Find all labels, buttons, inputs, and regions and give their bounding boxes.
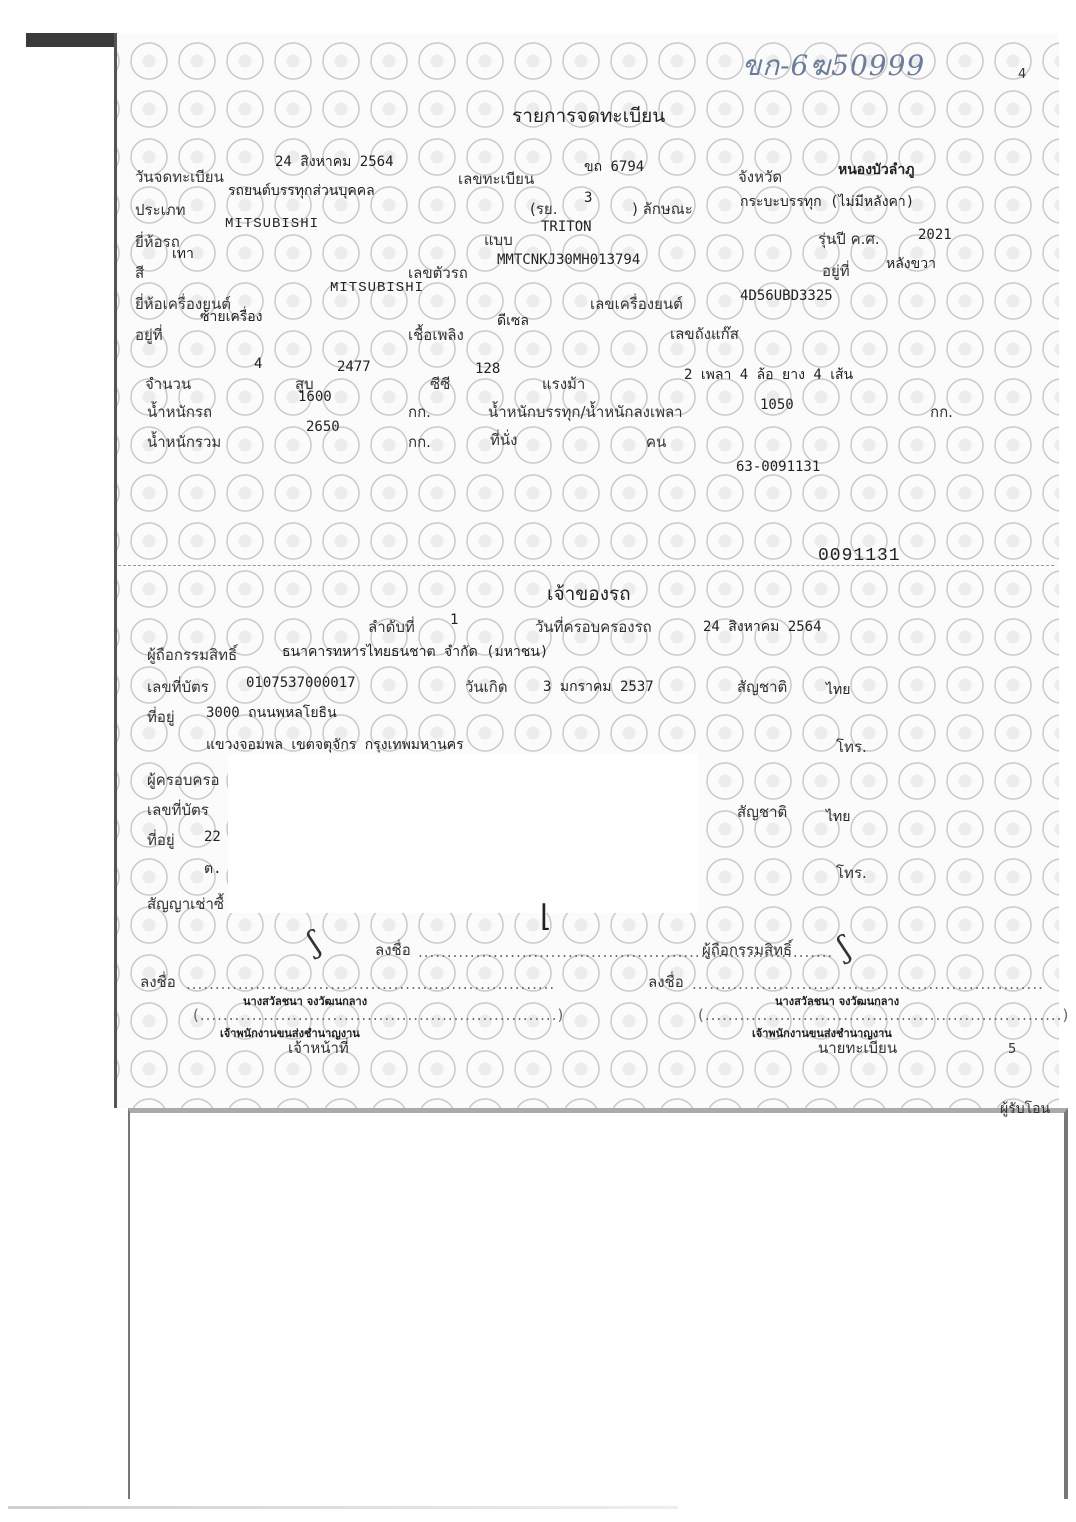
gross-weight: 2650 — [306, 420, 340, 434]
seats-unit: คน — [646, 435, 666, 450]
birth-date: 3 มกราคม 2537 — [543, 680, 654, 694]
type-code: 3 — [584, 191, 592, 205]
officer-sign-line-left: ........................................… — [186, 977, 555, 992]
officer-sign-label-right: ลงชื่อ — [648, 975, 684, 990]
horsepower-label: แรงม้า — [542, 377, 585, 392]
address-line1: 3000 ถนนพหลโยธิน — [206, 706, 337, 720]
possession-date: 24 สิงหาคม 2564 — [703, 620, 822, 634]
owner-name: ธนาคารทหารไทยธนชาต จำกัด (มหาชน) — [282, 645, 548, 659]
phone-label: โทร. — [836, 740, 867, 755]
sequence: 1 — [450, 613, 458, 627]
section-divider — [118, 565, 1054, 566]
scan-bottom-edge — [8, 1506, 678, 1509]
possessor-phone-label: โทร. — [836, 866, 867, 881]
seats-label: ที่นั่ง — [490, 433, 517, 448]
serial-number: 0091131 — [818, 547, 901, 565]
engine-location: ซ้ายเครื่อง — [200, 310, 262, 324]
nationality-label: สัญชาติ — [737, 680, 787, 695]
registration-title: รายการจดทะเบียน — [512, 107, 665, 126]
owner-sign-label: ลงชื่อ — [375, 943, 411, 958]
birth-label: วันเกิด — [465, 680, 508, 695]
nationality: ไทย — [826, 683, 850, 697]
chassis-location: หลังขวา — [886, 257, 936, 271]
fuel: ดีเซล — [497, 314, 529, 328]
owner-signature-mark: ⌊ — [540, 902, 552, 932]
cc-label: ซีซี — [430, 377, 450, 392]
possessor-label: ผู้ครอบครอ — [147, 773, 220, 788]
chassis-label: เลขตัวรถ — [408, 266, 468, 281]
possessor-nationality: ไทย — [826, 810, 850, 824]
gross-weight-label: น้ำหนักรวม — [147, 435, 221, 450]
cylinders: 4 — [254, 357, 262, 371]
engine-location-label: อยู่ที่ — [135, 328, 163, 343]
type-code-close: ) ลักษณะ — [632, 202, 693, 217]
engine-number-label: เลขเครื่องยนต์ — [590, 297, 683, 312]
officer-role-right: นายทะเบียน — [818, 1041, 897, 1056]
color-label: สี — [135, 266, 144, 281]
owner-title: เจ้าของรถ — [547, 585, 631, 604]
scan-corner-mark — [26, 33, 116, 47]
possessor-address-partial: 22 — [204, 830, 221, 844]
plate-number: ขถ 6794 — [584, 160, 644, 174]
model-label: แบบ — [484, 233, 513, 248]
address-line2: แขวงจอมพล เขตจตุจักร กรุงเทพมหานคร — [206, 738, 464, 752]
color: เทา — [172, 247, 194, 261]
vehicle-type: รถยนต์บรรทุกส่วนบุคคล — [228, 184, 375, 198]
officer-role-left: เจ้าหน้าที่ — [288, 1041, 349, 1056]
address-label: ที่อยู่ — [147, 710, 175, 725]
officer-position-right: เจ้าพนักงานขนส่งชำนาญงาน — [752, 1028, 892, 1039]
possessor-address-label: ที่อยู่ — [147, 833, 175, 848]
officer-sign-label-left: ลงชื่อ — [140, 975, 176, 990]
owner-sign-suffix: ผู้ถือกรรมสิทธิ์ — [702, 943, 792, 958]
officer-name-line-left: (.......................................… — [193, 1008, 564, 1023]
vehicle-weight-unit: กก. — [408, 405, 431, 420]
vehicle-weight-label: น้ำหนักรถ — [147, 405, 212, 420]
id-number: 0107537000017 — [246, 676, 356, 690]
chassis-location-label: อยู่ที่ — [822, 264, 850, 279]
engine-number: 4D56UBD3325 — [740, 289, 833, 303]
province-label: จังหวัด — [738, 170, 782, 185]
engine-brand: MITSUBISHI — [330, 281, 424, 295]
payload-label: น้ำหนักบรรทุก/น้ำหนักลงเพลา — [488, 405, 683, 420]
body-style: กระบะบรรทุก (ไม่มีหลังคา) — [740, 195, 914, 209]
type-label: ประเภท — [135, 203, 186, 218]
axles-wheels: 2 เพลา 4 ล้อ ยาง 4 เส้น — [684, 368, 853, 382]
id-label: เลขที่บัตร — [147, 680, 209, 695]
possessor-id-label: เลขที่บัตร — [147, 803, 209, 818]
fuel-label: เชื้อเพลิง — [408, 328, 464, 343]
sequence-label: ลำดับที่ — [368, 620, 415, 635]
possessor-address-line2-partial: ต. — [204, 862, 222, 876]
vehicle-weight: 1600 — [298, 390, 332, 404]
registration-date: 24 สิงหาคม 2564 — [275, 155, 394, 169]
registration-date-label: วันจดทะเบียน — [135, 170, 224, 185]
officer-name-line-right: (.......................................… — [698, 1008, 1069, 1023]
horsepower: 128 — [475, 362, 500, 376]
model-year-label: รุ่นปี ค.ศ. — [818, 232, 880, 247]
payload: 1050 — [760, 398, 794, 412]
gross-weight-unit: กก. — [408, 435, 431, 450]
form-number: 63-0091131 — [736, 460, 820, 474]
lease-label: สัญญาเช่าซื้ — [147, 897, 224, 912]
handwritten-reference: ขก-6ฆ50999 — [742, 52, 925, 80]
engine-cc: 2477 — [337, 360, 371, 374]
page-number-bottom: 5 — [1008, 1043, 1016, 1056]
possessor-nationality-label: สัญชาติ — [737, 805, 787, 820]
payload-unit: กก. — [930, 405, 953, 420]
redacted-area — [228, 755, 698, 913]
officer-sign-line-right: ........................................… — [692, 977, 1044, 992]
owner-label: ผู้ถือกรรมสิทธิ์ — [147, 648, 237, 663]
page-number-top: 4 — [1018, 68, 1026, 81]
model: TRITON — [541, 220, 592, 234]
possession-date-label: วันที่ครอบครองรถ — [535, 620, 652, 635]
gas-tank-label: เลขถังแก๊ส — [670, 327, 739, 342]
transferee-label: ผู้รับโอน — [1000, 1102, 1050, 1116]
chassis-number: MMTCNKJ30MH013794 — [497, 253, 640, 267]
brand: MITSUBISHI — [225, 217, 319, 231]
plate-label: เลขทะเบียน — [458, 172, 534, 187]
model-year: 2021 — [918, 228, 952, 242]
province: หนองบัวลำภู — [838, 163, 914, 177]
lower-blank-sheet — [128, 1108, 1068, 1499]
officer-position-left: เจ้าพนักงานขนส่งชำนาญงาน — [220, 1028, 360, 1039]
type-code-open: (รย. — [530, 202, 557, 217]
cylinders-label: จำนวน — [145, 377, 191, 392]
